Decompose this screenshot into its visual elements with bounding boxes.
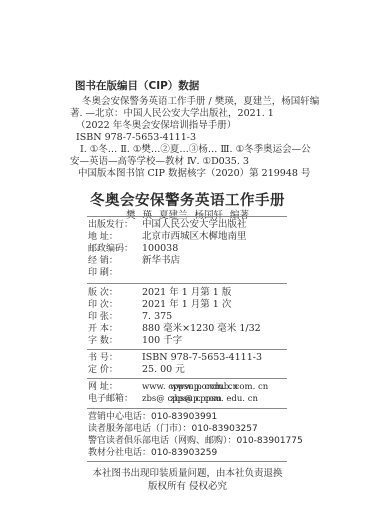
contact-police-club: 警官读者俱乐部电话（网购、邮购）：010-83901775	[88, 435, 303, 447]
info-row-wordcount: 字 数：100 千字	[88, 335, 182, 347]
contact-marketing: 营销中心电话：010-83903991	[88, 411, 217, 423]
contact-textbook: 教材分社电话：010-83903259	[88, 447, 217, 459]
contact-reader-service: 读者服务部电话（门市）：010-83903257	[88, 423, 258, 435]
info-row-distributor: 经 销：新华书店	[88, 255, 180, 267]
info-row-email: 电子邮箱：zbs@ cppsup. com zbs@ cppsu. edu. c…	[88, 393, 288, 405]
quality-notice: 本社图书出现印装质量问题，由本社负责退换	[0, 465, 375, 479]
cip-heading: 图书在版编目（CIP）数据	[75, 78, 199, 93]
divider	[87, 283, 287, 284]
info-row-website: 网 址：www. cppsup. com. cn www. porclub. c…	[88, 381, 288, 393]
info-row-sheets: 印 张：7. 375	[88, 311, 172, 323]
info-row-printer: 印 刷：	[88, 267, 142, 279]
cip-data-number: 中国版本图书馆 CIP 数据核字（2020）第 219948 号	[78, 167, 310, 180]
info-row-postcode: 邮政编码：100038	[88, 243, 178, 255]
info-row-edition: 版 次：2021 年 1 月第 1 版	[88, 287, 231, 299]
info-row-publisher: 出版发行：中国人民公安大学出版社	[88, 219, 247, 231]
copyright-notice: 版权所有 侵权必究	[0, 478, 375, 492]
divider	[87, 461, 287, 462]
info-row-address: 地 址：北京市西城区木樨地南里	[88, 231, 247, 243]
info-row-format: 开 本：880 毫米×1230 毫米 1/32	[88, 323, 261, 335]
email-link-2[interactable]: zbs@ cppsu. edu. cn	[170, 393, 258, 405]
website-link-2[interactable]: www. porclub. com. cn	[170, 381, 268, 393]
divider	[87, 216, 287, 217]
info-row-printing: 印 次：2021 年 1 月第 1 次	[88, 299, 231, 311]
info-row-price: 定 价：25. 00 元	[88, 364, 185, 376]
divider	[87, 378, 287, 379]
divider	[87, 408, 287, 409]
divider	[87, 349, 287, 350]
info-row-isbn: 书 号：ISBN 978-7-5653-4111-3	[88, 352, 262, 364]
